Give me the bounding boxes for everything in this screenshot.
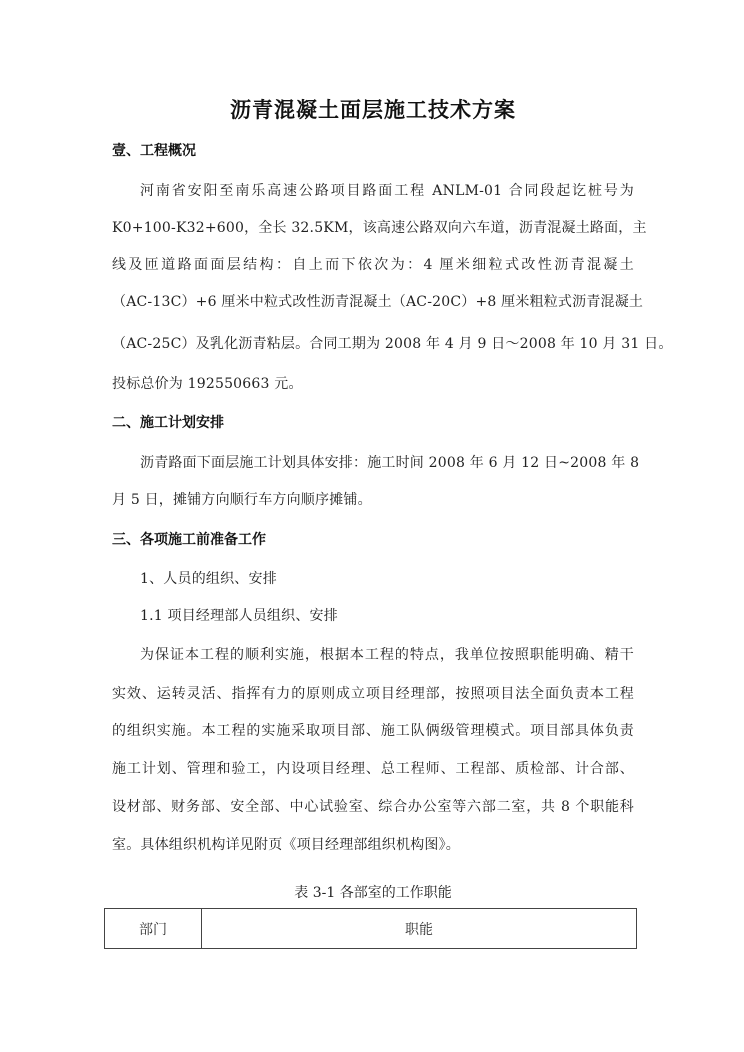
paragraph-line: K0+100-K32+600，全长 32.5KM，该高速公路双向六车道，沥青混凝… [112, 217, 634, 237]
column-header-function: 职能 [202, 909, 637, 949]
section-heading-schedule: 二、施工计划安排 [112, 412, 224, 432]
paragraph-line: （AC-25C）及乳化沥青粘层。合同工期为 2008 年 4 月 9 日～200… [112, 333, 634, 353]
paragraph-line: 施工计划、管理和验工，内设项目经理、总工程师、工程部、质检部、计合部、 [112, 758, 634, 778]
department-functions-table: 部门 职能 [104, 908, 637, 949]
paragraph-line: 河南省安阳至南乐高速公路项目路面工程 ANLM-01 合同段起讫桩号为 [112, 180, 634, 200]
paragraph-line: （AC-13C）+6 厘米中粒式改性沥青混凝土（AC-20C）+8 厘米粗粒式沥… [112, 291, 634, 311]
paragraph-line: 月 5 日，摊铺方向顺行车方向顺序摊铺。 [112, 489, 634, 509]
section-heading-preparation: 三、各项施工前准备工作 [112, 529, 266, 549]
paragraph-line: 投标总价为 192550663 元。 [112, 373, 634, 393]
table-header-row: 部门 职能 [105, 909, 637, 949]
section-heading-overview: 壹、工程概况 [112, 140, 196, 160]
paragraph-line: 室。具体组织机构详见附页《项目经理部组织机构图》。 [112, 834, 634, 854]
subheading: 1、人员的组织、安排 [112, 568, 634, 588]
table-caption: 表 3-1 各部室的工作职能 [112, 882, 634, 902]
paragraph-line: 为保证本工程的顺利实施，根据本工程的特点，我单位按照职能明确、精干 [112, 644, 634, 664]
paragraph-line: 实效、运转灵活、指挥有力的原则成立项目经理部，按照项目法全面负责本工程 [112, 683, 634, 703]
paragraph-line: 设材部、财务部、安全部、中心试验室、综合办公室等六部二室，共 8 个职能科 [112, 796, 634, 816]
subheading: 1.1 项目经理部人员组织、安排 [112, 605, 634, 625]
paragraph-line: 沥青路面下面层施工计划具体安排：施工时间 2008 年 6 月 12 日~200… [112, 452, 634, 472]
column-header-department: 部门 [105, 909, 202, 949]
paragraph-line: 线及匝道路面面层结构：自上而下依次为：4 厘米细粒式改性沥青混凝土 [112, 254, 634, 274]
document-title: 沥青混凝土面层施工技术方案 [112, 94, 634, 124]
paragraph-line: 的组织实施。本工程的实施采取项目部、施工队俩级管理模式。项目部具体负责 [112, 720, 634, 740]
